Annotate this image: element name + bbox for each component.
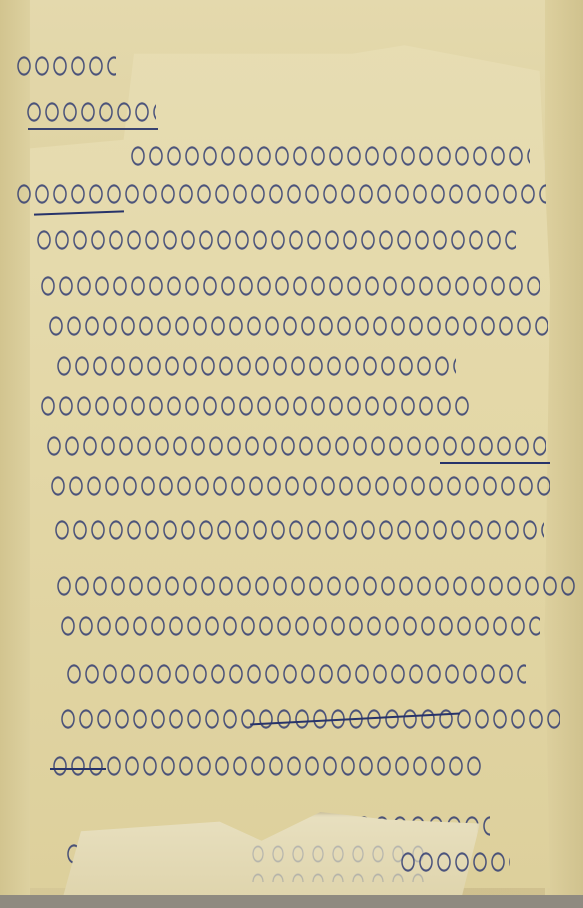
handwritten-line: [handwritten Tamil — line 10] xyxy=(54,516,544,544)
handwritten-line: [handwritten Tamil — line 13] xyxy=(66,660,526,688)
strikethrough xyxy=(50,768,106,770)
letter-page: [handwritten Tamil — heading line 1] [ha… xyxy=(0,0,583,908)
handwritten-line: [handwritten Tamil — line 15, first word… xyxy=(52,752,482,780)
left-paper-edge xyxy=(0,0,30,908)
heading-underline xyxy=(28,128,158,130)
background-surface xyxy=(0,895,583,908)
handwritten-heading-line-2: [handwritten Tamil — heading line 2, und… xyxy=(26,98,156,126)
right-paper-edge xyxy=(545,0,583,908)
handwritten-line: [handwritten Tamil — line 9, last word s… xyxy=(50,472,550,500)
handwritten-line: [handwritten Tamil — line 1] xyxy=(130,142,530,170)
strikethrough xyxy=(440,462,550,464)
handwritten-line: [handwritten Tamil — line 5] xyxy=(48,312,548,340)
handwritten-heading-line-1: [handwritten Tamil — heading line 1] xyxy=(16,52,116,80)
handwritten-line: [handwritten Tamil — line 6] xyxy=(56,352,456,380)
handwritten-line: [handwritten Tamil — line 14, middle wor… xyxy=(60,705,560,733)
handwritten-line: [handwritten Tamil — line 12] xyxy=(60,612,540,640)
handwritten-line: [handwritten Tamil — line 18] xyxy=(400,848,510,876)
handwritten-line: [handwritten Tamil — line 2, first word … xyxy=(16,180,546,208)
handwritten-line: [handwritten Tamil — line 8] xyxy=(46,432,546,460)
handwritten-line: [handwritten Tamil — line 11] xyxy=(56,572,576,600)
handwritten-line: [handwritten Tamil — line 4] xyxy=(40,272,540,300)
handwritten-line: [handwritten Tamil — line 7] xyxy=(40,392,470,420)
handwritten-line: [handwritten Tamil — line 3] xyxy=(36,226,516,254)
